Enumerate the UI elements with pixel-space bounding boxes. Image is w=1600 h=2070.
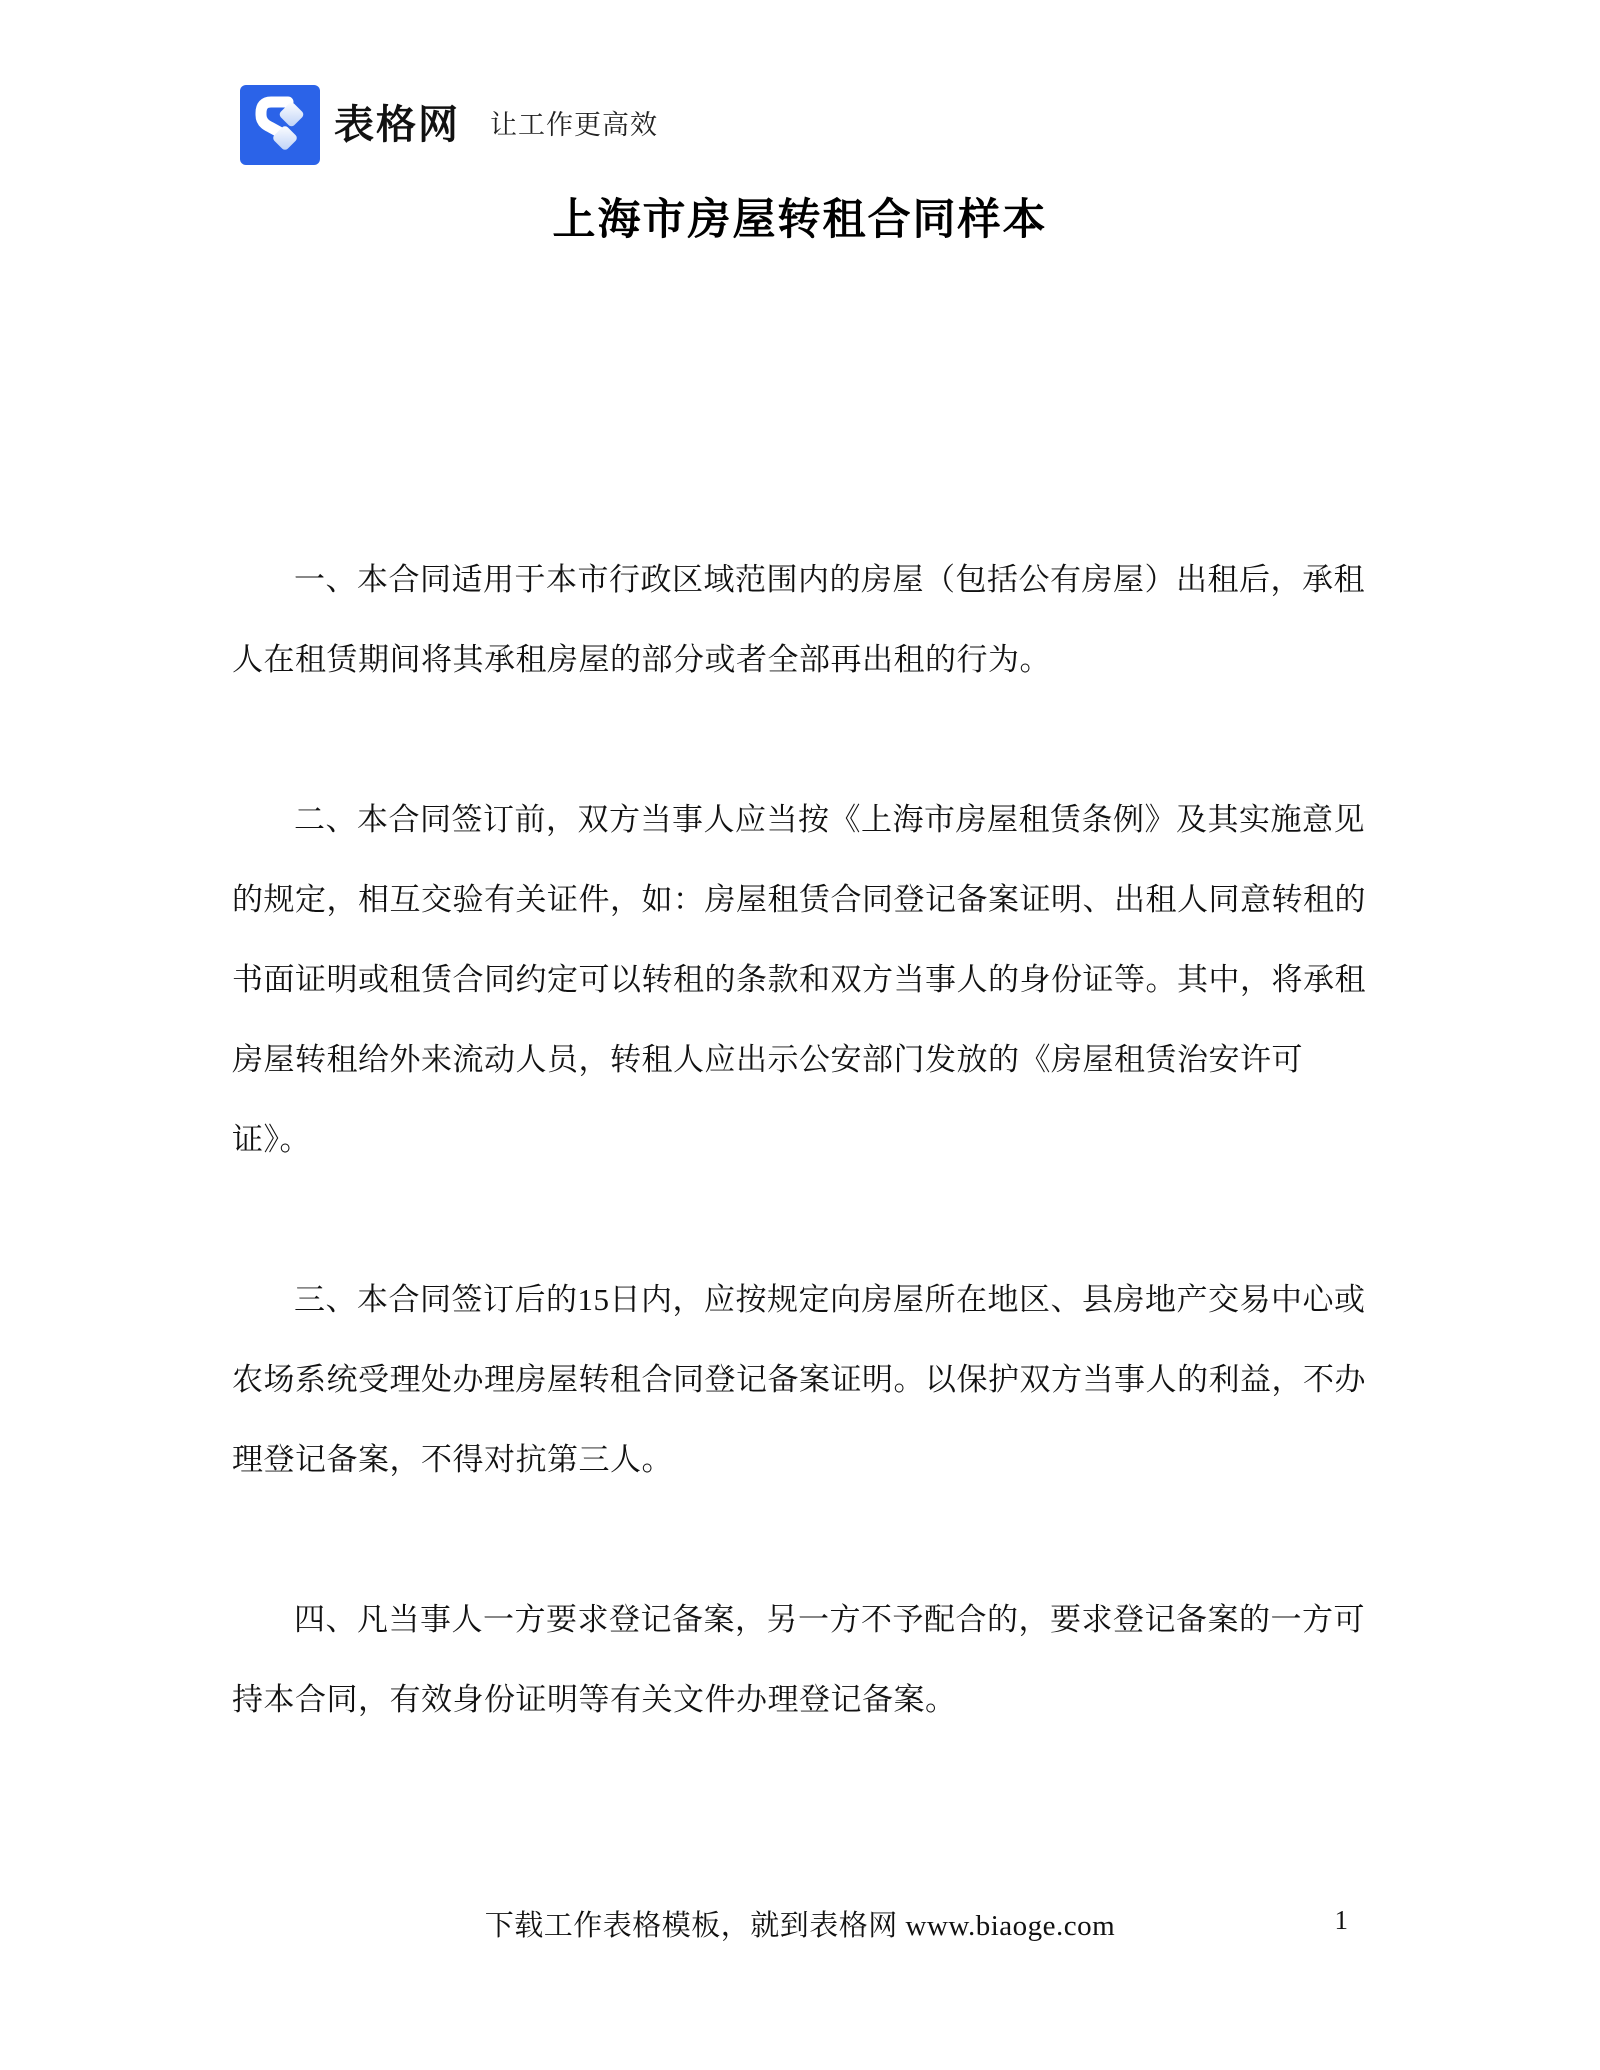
document-page: 表格网 让工作更高效 上海市房屋转租合同样本 一、本合同适用于本市行政区域范围内…: [0, 0, 1600, 2070]
paragraph-line: 二、本合同签订前，双方当事人应当按《上海市房屋租赁条例》及其实施意见: [232, 780, 1368, 860]
paragraph-line: 一、本合同适用于本市行政区域范围内的房屋（包括公有房屋）出租后，承租: [232, 540, 1368, 620]
paragraph-line: 书面证明或租赁合同约定可以转租的条款和双方当事人的身份证等。其中，将承租: [232, 940, 1368, 1020]
brand-name: 表格网: [334, 85, 460, 165]
paragraph-line: 人在租赁期间将其承租房屋的部分或者全部再出租的行为。: [232, 620, 1368, 700]
footer-text: 下载工作表格模板，就到表格网 www.biaoge.com: [232, 1898, 1368, 1954]
page-number: 1: [1335, 1892, 1349, 1948]
biaoge-logo-icon: [240, 85, 320, 165]
paragraph-line: 的规定，相互交验有关证件，如：房屋租赁合同登记备案证明、出租人同意转租的: [232, 860, 1368, 940]
paragraph-line: 三、本合同签订后的15日内，应按规定向房屋所在地区、县房地产交易中心或: [232, 1260, 1368, 1340]
paragraph: 三、本合同签订后的15日内，应按规定向房屋所在地区、县房地产交易中心或农场系统受…: [232, 1260, 1368, 1500]
brand-header: 表格网 让工作更高效: [240, 85, 658, 165]
paragraph: 一、本合同适用于本市行政区域范围内的房屋（包括公有房屋）出租后，承租人在租赁期间…: [232, 540, 1368, 700]
paragraph-line: 证》。: [232, 1100, 1368, 1180]
paragraph-line: 四、凡当事人一方要求登记备案，另一方不予配合的，要求登记备案的一方可: [232, 1580, 1368, 1660]
paragraph-line: 农场系统受理处办理房屋转租合同登记备案证明。以保护双方当事人的利益，不办: [232, 1340, 1368, 1420]
brand-tagline: 让工作更高效: [490, 85, 658, 165]
document-body: 一、本合同适用于本市行政区域范围内的房屋（包括公有房屋）出租后，承租人在租赁期间…: [232, 540, 1368, 1740]
paragraph-line: 房屋转租给外来流动人员，转租人应出示公安部门发放的《房屋租赁治安许可: [232, 1020, 1368, 1100]
paragraph-line: 持本合同，有效身份证明等有关文件办理登记备案。: [232, 1660, 1368, 1740]
paragraph: 二、本合同签订前，双方当事人应当按《上海市房屋租赁条例》及其实施意见的规定，相互…: [232, 780, 1368, 1180]
paragraph-line: 理登记备案，不得对抗第三人。: [232, 1420, 1368, 1500]
document-title: 上海市房屋转租合同样本: [0, 186, 1600, 247]
paragraph: 四、凡当事人一方要求登记备案，另一方不予配合的，要求登记备案的一方可持本合同，有…: [232, 1580, 1368, 1740]
